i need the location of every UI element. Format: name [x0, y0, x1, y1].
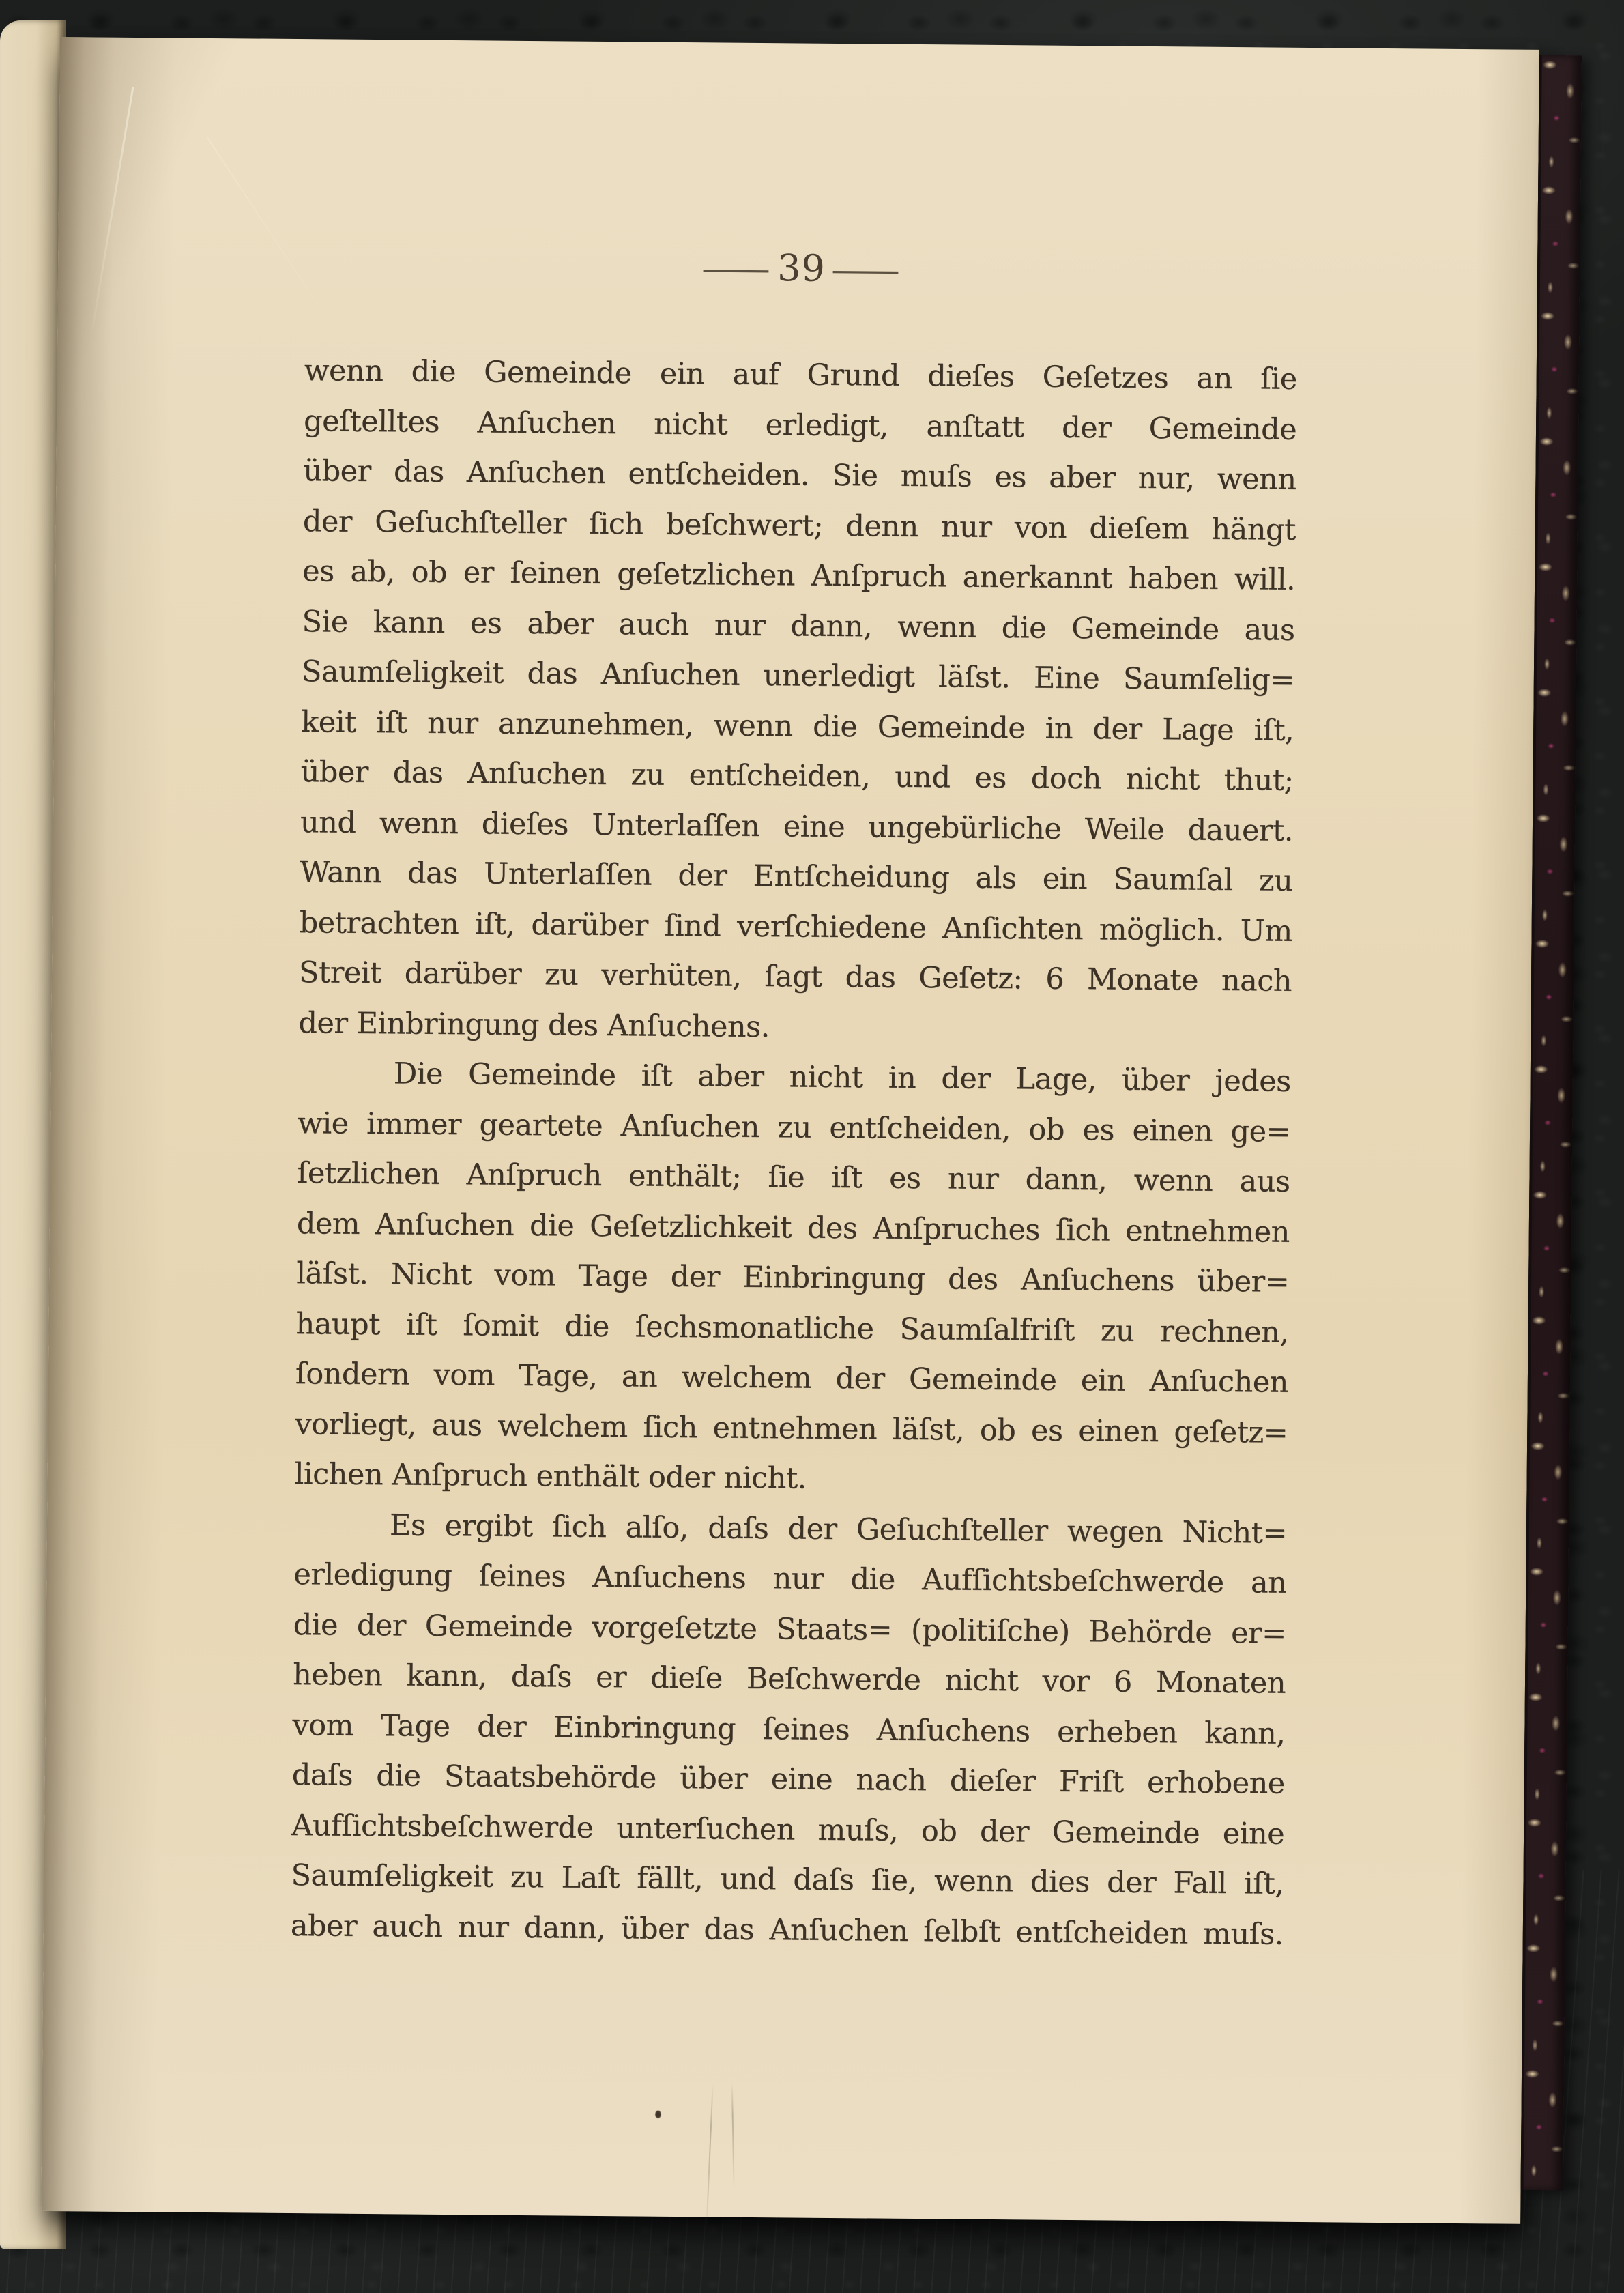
- text-line: ſondern vom Tage, an welchem der Gemeind…: [295, 1349, 1289, 1408]
- gutter-shadow: [41, 37, 176, 2212]
- text-line: es ab, ob er ſeinen geſetzlichen Anſpruc…: [302, 547, 1296, 605]
- text-line: Es ergibt ſich alſo, daſs der Geſuchſtel…: [294, 1500, 1288, 1559]
- text-line: wenn die Gemeinde ein auf Grund dieſes G…: [304, 346, 1297, 405]
- page-header: —39—: [305, 242, 1298, 294]
- text-line: Sie kann es aber auch nur dann, wenn die…: [302, 597, 1295, 656]
- header-dash-right: —: [830, 250, 903, 290]
- text-line: aber auch nur dann, über das Anſuchen ſe…: [291, 1901, 1284, 1960]
- marbled-cover-edge: [1521, 55, 1582, 2190]
- paper-crease-mark: [91, 87, 134, 330]
- text-line: Die Gemeinde iſt aber nicht in der Lage,…: [298, 1048, 1291, 1107]
- book-background: —39— wenn die Gemeinde ein auf Grund die…: [0, 0, 1624, 2293]
- text-line: ſetzlichen Anſpruch enthält; ſie iſt es …: [297, 1149, 1290, 1207]
- text-line: heben kann, daſs er dieſe Beſchwerde nic…: [293, 1650, 1286, 1709]
- text-line: die der Gemeinde vorgeſetzte Staats= (po…: [293, 1600, 1286, 1659]
- book-page: —39— wenn die Gemeinde ein auf Grund die…: [41, 37, 1539, 2224]
- text-line: erledigung ſeines Anſuchens nur die Aufſ…: [293, 1550, 1287, 1609]
- text-line: über das Anſuchen entſcheiden. Sie muſs …: [303, 446, 1296, 505]
- text-line: Saumſeligkeit das Anſuchen unerledigt lä…: [302, 647, 1295, 706]
- header-dash-left: —: [700, 248, 774, 289]
- text-line: und wenn dieſes Unterlaſſen eine ungebür…: [300, 798, 1294, 856]
- text-line: wie immer geartete Anſuchen zu entſcheid…: [298, 1099, 1291, 1157]
- text-line: vom Tage der Einbringung ſeines Anſuchen…: [292, 1701, 1286, 1759]
- page-number: 39: [777, 246, 826, 290]
- paper-crease-mark: [207, 137, 321, 308]
- text-line: der Geſuchſteller ſich beſchwert; denn n…: [302, 497, 1296, 556]
- text-line: der Einbringung des Anſuchens.: [298, 998, 1292, 1057]
- text-line: daſs die Staatsbehörde über eine nach di…: [291, 1750, 1285, 1809]
- text-line: läſst. Nicht vom Tage der Einbringung de…: [296, 1249, 1290, 1308]
- ink-speck: [654, 2110, 661, 2119]
- text-line: geſtelltes Anſuchen nicht erledigt, anſt…: [304, 396, 1297, 455]
- text-line: vorliegt, aus welchem ſich entnehmen läſ…: [295, 1400, 1288, 1458]
- text-line: über das Anſuchen zu entſcheiden, und es…: [300, 747, 1294, 806]
- text-line: lichen Anſpruch enthält oder nicht.: [294, 1450, 1288, 1508]
- text-line: Wann das Unterlaſſen der Entſcheidung al…: [300, 848, 1293, 906]
- text-line: Saumſeligkeit zu Laſt fällt, und daſs ſi…: [291, 1851, 1284, 1909]
- text-line: betrachten iſt, darüber ſind verſchieden…: [299, 898, 1292, 957]
- text-line: dem Anſuchen die Geſetzlichkeit des Anſp…: [297, 1199, 1290, 1258]
- body-text: wenn die Gemeinde ein auf Grund dieſes G…: [291, 346, 1297, 1960]
- text-line: haupt iſt ſomit die ſechsmonatliche Saum…: [295, 1299, 1289, 1358]
- text-line: keit iſt nur anzunehmen, wenn die Gemein…: [301, 697, 1294, 756]
- text-line: Streit darüber zu verhüten, ſagt das Geſ…: [299, 948, 1292, 1007]
- scratch-marks: [696, 2083, 759, 2234]
- text-line: Aufſichtsbeſchwerde unterſuchen muſs, ob…: [291, 1801, 1285, 1860]
